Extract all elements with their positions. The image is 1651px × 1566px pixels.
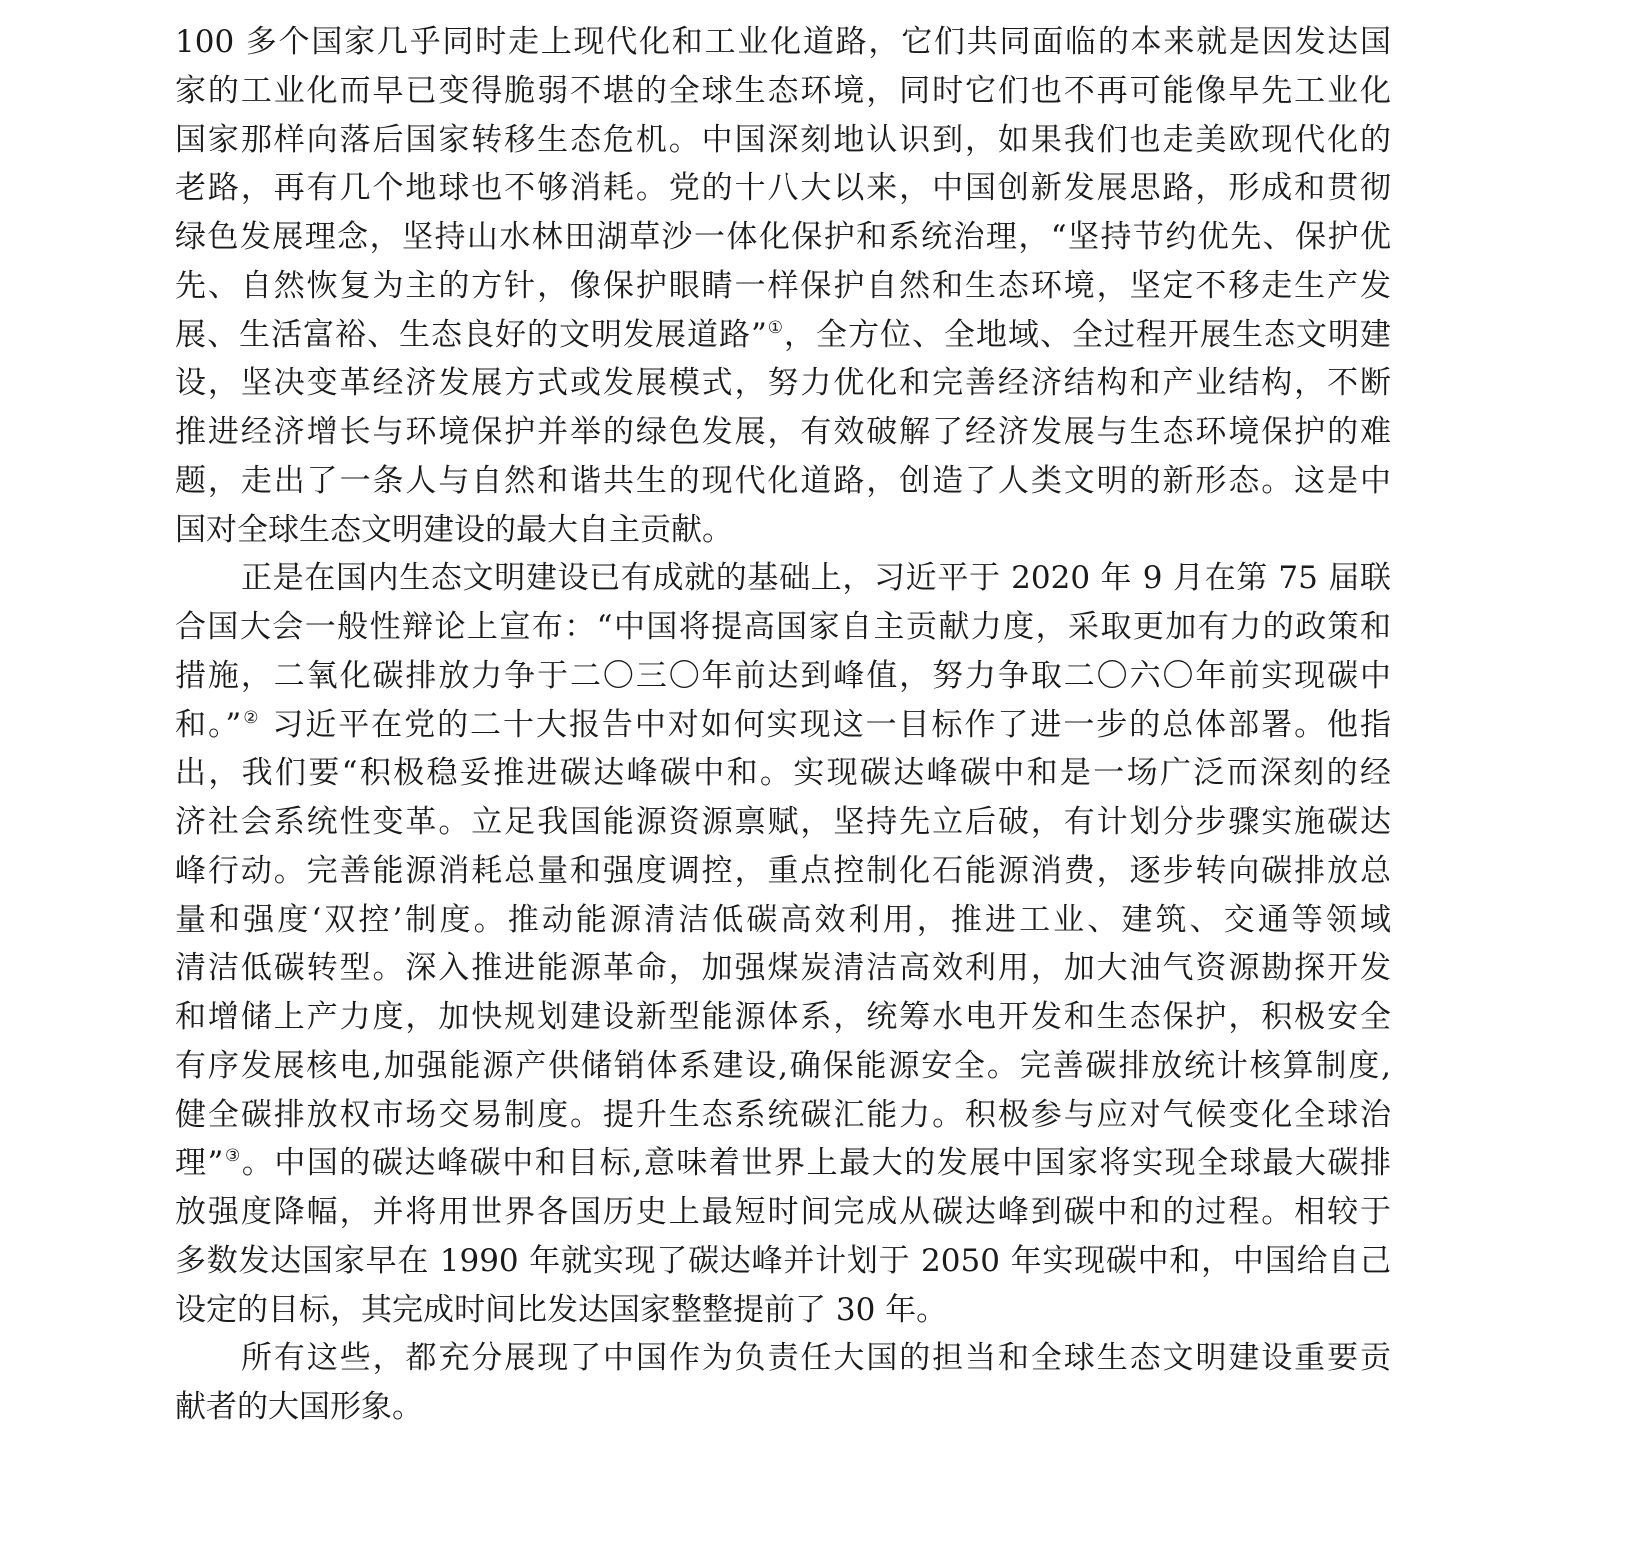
- text-line: 推进经济增长与环境保护并举的绿色发展，有效破解了经济发展与生态环境保护的难: [175, 408, 1391, 457]
- text-line: 峰行动。完善能源消耗总量和强度调控，重点控制化石能源消费，逐步转向碳排放总: [175, 847, 1391, 896]
- text-line: 正是在国内生态文明建设已有成就的基础上，习近平于 2020 年 9 月在第 75…: [175, 554, 1391, 603]
- text-line-with-footnote: 展、生活富裕、生态良好的文明发展道路”①，全方位、全地域、全过程开展生态文明建: [175, 311, 1391, 360]
- text-line: 设，坚决变革经济发展方式或发展模式，努力优化和完善经济结构和产业结构，不断: [175, 359, 1391, 408]
- text-line: 出，我们要“积极稳妥推进碳达峰碳中和。实现碳达峰碳中和是一场广泛而深刻的经: [175, 749, 1391, 798]
- text-line: 量和强度‘双控’制度。推动能源清洁低碳高效利用，推进工业、建筑、交通等领域: [175, 896, 1391, 945]
- paragraph-3: 所有这些，都充分展现了中国作为负责任大国的担当和全球生态文明建设重要贡 献者的大…: [175, 1334, 1391, 1432]
- text-line: 100 多个国家几乎同时走上现代化和工业化道路，它们共同面临的本来就是因发达国: [175, 18, 1391, 67]
- text-line: 设定的目标，其完成时间比发达国家整整提前了 30 年。: [175, 1286, 1391, 1335]
- text-line: 所有这些，都充分展现了中国作为负责任大国的担当和全球生态文明建设重要贡: [175, 1334, 1391, 1383]
- text-line: 多数发达国家早在 1990 年就实现了碳达峰并计划于 2050 年实现碳中和，中…: [175, 1237, 1391, 1286]
- text-line: 献者的大国形象。: [175, 1383, 1391, 1432]
- text-line: 老路，再有几个地球也不够消耗。党的十八大以来，中国创新发展思路，形成和贯彻: [175, 164, 1391, 213]
- footnote-marker-1[interactable]: ①: [767, 318, 784, 338]
- text-line: 国对全球生态文明建设的最大自主贡献。: [175, 506, 1391, 555]
- text-line: 放强度降幅，并将用世界各国历史上最短时间完成从碳达峰到碳中和的过程。相较于: [175, 1188, 1391, 1237]
- document-page: 100 多个国家几乎同时走上现代化和工业化道路，它们共同面临的本来就是因发达国 …: [175, 18, 1391, 1432]
- text-line: 合国大会一般性辩论上宣布：“中国将提高国家自主贡献力度，采取更加有力的政策和: [175, 603, 1391, 652]
- text-line: 题，走出了一条人与自然和谐共生的现代化道路，创造了人类文明的新形态。这是中: [175, 457, 1391, 506]
- text-segment: 和。”: [175, 707, 241, 743]
- text-segment: 习近平在党的二十大报告中对如何实现这一目标作了进一步的总体部署。他指: [260, 707, 1391, 743]
- text-line: 措施，二氧化碳排放力争于二〇三〇年前达到峰值，努力争取二〇六〇年前实现碳中: [175, 652, 1391, 701]
- text-line: 健全碳排放权市场交易制度。提升生态系统碳汇能力。积极参与应对气候变化全球治: [175, 1091, 1391, 1140]
- text-segment: ，全方位、全地域、全过程开展生态文明建: [784, 317, 1391, 353]
- footnote-marker-3[interactable]: ③: [223, 1146, 241, 1166]
- footnote-marker-2[interactable]: ②: [241, 708, 260, 728]
- text-line: 和增储上产力度，加快规划建设新型能源体系，统筹水电开发和生态保护，积极安全: [175, 993, 1391, 1042]
- text-line: 清洁低碳转型。深入推进能源革命，加强煤炭清洁高效利用，加大油气资源勘探开发: [175, 944, 1391, 993]
- text-segment: 展、生活富裕、生态良好的文明发展道路”: [175, 317, 767, 353]
- text-line: 国家那样向落后国家转移生态危机。中国深刻地认识到，如果我们也走美欧现代化的: [175, 116, 1391, 165]
- paragraph-2: 正是在国内生态文明建设已有成就的基础上，习近平于 2020 年 9 月在第 75…: [175, 554, 1391, 1334]
- text-line-with-footnote: 理”③。中国的碳达峰碳中和目标,意味着世界上最大的发展中国家将实现全球最大碳排: [175, 1139, 1391, 1188]
- text-line-with-footnote: 和。”② 习近平在党的二十大报告中对如何实现这一目标作了进一步的总体部署。他指: [175, 701, 1391, 750]
- text-segment: 理”: [175, 1145, 223, 1181]
- text-line: 先、自然恢复为主的方针，像保护眼睛一样保护自然和生态环境，坚定不移走生产发: [175, 262, 1391, 311]
- text-line: 家的工业化而早已变得脆弱不堪的全球生态环境，同时它们也不再可能像早先工业化: [175, 67, 1391, 116]
- paragraph-1: 100 多个国家几乎同时走上现代化和工业化道路，它们共同面临的本来就是因发达国 …: [175, 18, 1391, 554]
- text-line: 济社会系统性变革。立足我国能源资源禀赋，坚持先立后破，有计划分步骤实施碳达: [175, 798, 1391, 847]
- text-line: 有序发展核电,加强能源产供储销体系建设,确保能源安全。完善碳排放统计核算制度,: [175, 1042, 1391, 1091]
- text-segment: 。中国的碳达峰碳中和目标,意味着世界上最大的发展中国家将实现全球最大碳排: [242, 1145, 1391, 1181]
- text-line: 绿色发展理念，坚持山水林田湖草沙一体化保护和系统治理，“坚持节约优先、保护优: [175, 213, 1391, 262]
